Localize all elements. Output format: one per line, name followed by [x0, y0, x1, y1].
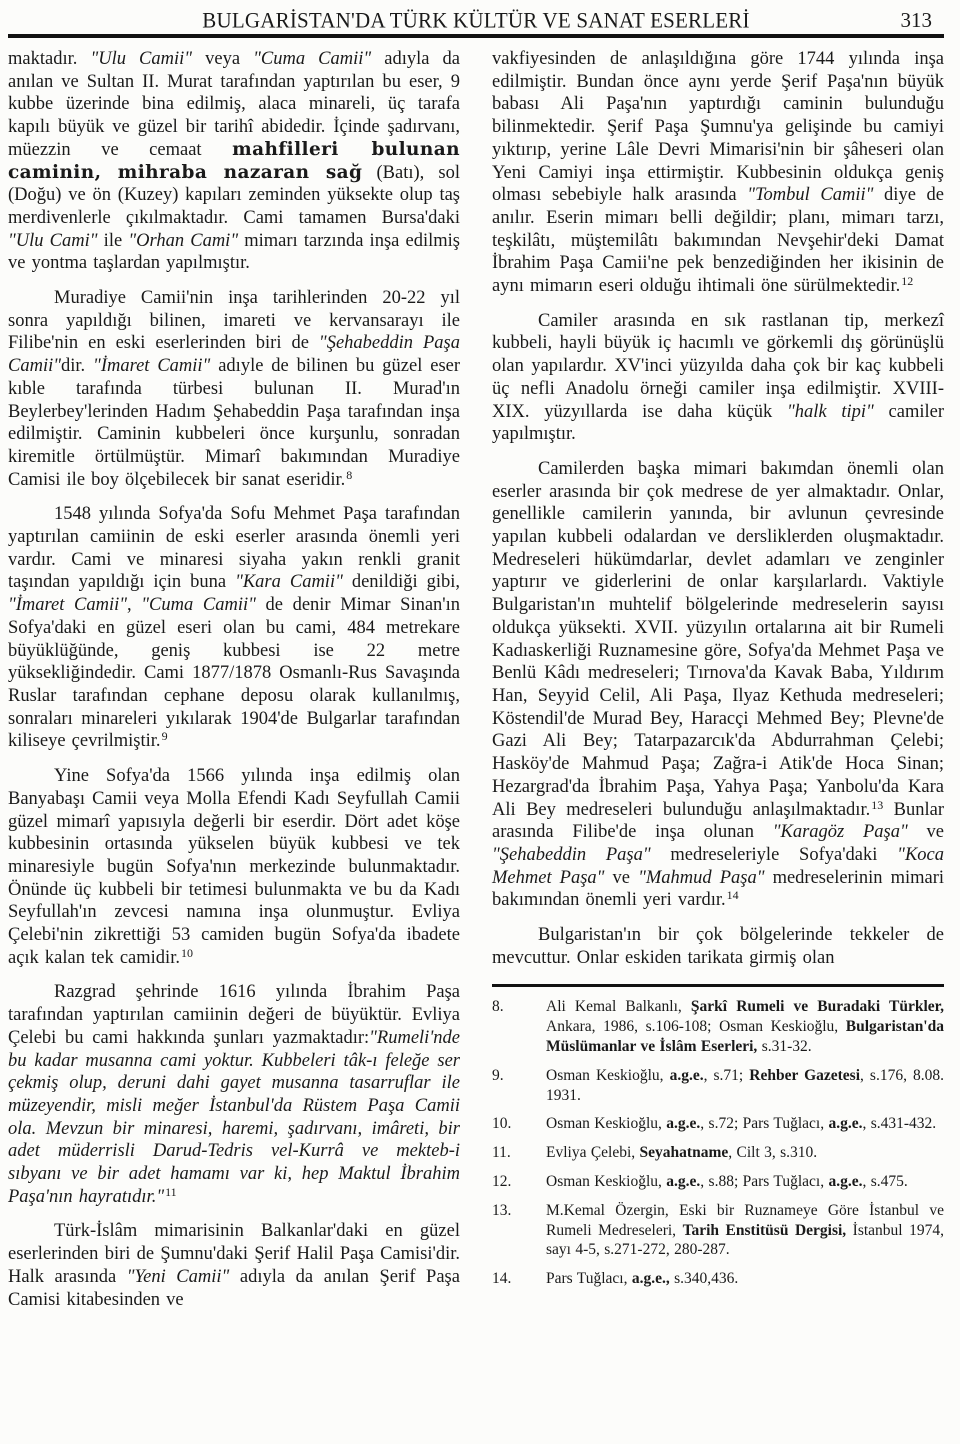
footnote: 14.Pars Tuğlacı, a.g.e., s.340,436.: [492, 1269, 944, 1289]
text-segment: vakfiyesinden de anlaşıldığına göre 1744…: [492, 49, 944, 205]
text-segment: a.g.e.: [670, 1067, 704, 1084]
text-segment: , s.88; Pars Tuğlacı,: [700, 1173, 828, 1190]
footnote-reference: 12: [901, 274, 913, 288]
footnotes-section: 8.Ali Kemal Balkanlı, Şarkî Rumeli ve Bu…: [492, 997, 944, 1289]
left-column: maktadır. "Ulu Camii" veya "Cuma Camii" …: [8, 48, 460, 1311]
footnote-number: 8.: [492, 997, 546, 1056]
text-segment: "Mahmud Paşa": [638, 868, 764, 888]
text-segment: Bulgaristan'ın bir çok bölgelerinde tekk…: [492, 925, 944, 968]
text-segment: , s.72; Pars Tuğlacı,: [700, 1115, 828, 1132]
text-segment: de denir Mimar Sinan'ın Sofya'daki en gü…: [8, 595, 460, 751]
paragraph: maktadır. "Ulu Camii" veya "Cuma Camii" …: [8, 48, 460, 275]
text-segment: , s.71;: [704, 1067, 750, 1084]
footnote-text: Evliya Çelebi, Seyahatname, Cilt 3, s.31…: [546, 1143, 944, 1163]
text-segment: s.340,436.: [670, 1270, 739, 1287]
two-column-body: maktadır. "Ulu Camii" veya "Cuma Camii" …: [8, 48, 944, 1311]
text-segment: ve: [908, 822, 944, 842]
text-segment: Camilerden başka mimari bakımdan önemli …: [492, 459, 944, 820]
footnote-number: 10.: [492, 1114, 546, 1134]
text-segment: , s.475.: [862, 1173, 907, 1190]
text-segment: a.g.e.: [666, 1115, 700, 1132]
footnote-number: 11.: [492, 1143, 546, 1163]
footnote-reference: 14: [727, 888, 739, 902]
text-segment: Osman Keskioğlu,: [546, 1067, 670, 1084]
footnote-reference: 11: [165, 1185, 177, 1199]
footnote: 9.Osman Keskioğlu, a.g.e., s.71; Rehber …: [492, 1066, 944, 1106]
text-segment: "Orhan Cami": [128, 231, 238, 251]
footnote-text: Pars Tuğlacı, a.g.e., s.340,436.: [546, 1269, 944, 1289]
text-segment: a.g.e.: [828, 1173, 862, 1190]
paragraph: Muradiye Camii'nin inşa tarihlerinden 20…: [8, 287, 460, 491]
text-segment: "Yeni Camii": [127, 1267, 230, 1287]
text-segment: ,: [127, 595, 141, 615]
text-segment: Osman Keskioğlu,: [546, 1173, 666, 1190]
text-segment: Pars Tuğlacı,: [546, 1270, 632, 1287]
text-segment: medreseleriyle Sofya'daki: [651, 845, 898, 865]
text-segment: adıyle de bilinen bu güzel eser kıble ta…: [8, 356, 460, 490]
text-segment: Ali Kemal Balkanlı,: [546, 998, 691, 1015]
text-segment: ve: [604, 868, 638, 888]
paragraph: Bulgaristan'ın bir çok bölgelerinde tekk…: [492, 924, 944, 969]
text-segment: Seyahatname: [640, 1144, 729, 1161]
text-segment: , s.431-432.: [862, 1115, 936, 1132]
text-segment: "Kara Camii": [235, 572, 343, 592]
text-segment: Yine Sofya'da 1566 yılında inşa edilmiş …: [8, 766, 460, 968]
text-segment: maktadır.: [8, 49, 90, 69]
footnote-rule: [492, 984, 944, 987]
footnote-text: M.Kemal Özergin, Eski bir Ruznameye Göre…: [546, 1201, 944, 1260]
text-segment: "Şehabeddin Paşa": [492, 845, 651, 865]
text-segment: Osman Keskioğlu,: [546, 1115, 666, 1132]
text-segment: Şarkî Rumeli ve Buradaki Türkler,: [691, 998, 944, 1015]
text-segment: Evliya Çelebi,: [546, 1144, 640, 1161]
text-segment: a.g.e.: [666, 1173, 700, 1190]
footnote-number: 9.: [492, 1066, 546, 1106]
text-segment: "Cuma Camii": [253, 49, 371, 69]
text-segment: Tarih Enstitüsü Dergisi,: [683, 1222, 847, 1239]
text-segment: Rehber Gazetesi: [749, 1067, 860, 1084]
footnote: 13.M.Kemal Özergin, Eski bir Ruznameye G…: [492, 1201, 944, 1260]
page-title: BULGARİSTAN'DA TÜRK KÜLTÜR VE SANAT ESER…: [8, 8, 944, 34]
footnote-reference: 10: [181, 946, 193, 960]
footnote-reference: 13: [871, 798, 883, 812]
footnote-reference: 8: [346, 468, 352, 482]
text-segment: "Ulu Cami": [8, 231, 98, 251]
right-column-text: vakfiyesinden de anlaşıldığına göre 1744…: [492, 48, 944, 969]
text-segment: "Rumeli'nde bu kadar musanna cami yoktur…: [8, 1028, 460, 1207]
text-segment: ile: [98, 231, 129, 251]
header-rule: [8, 34, 944, 38]
paragraph: vakfiyesinden de anlaşıldığına göre 1744…: [492, 48, 944, 298]
footnote-number: 12.: [492, 1172, 546, 1192]
footnote: 12.Osman Keskioğlu, a.g.e., s.88; Pars T…: [492, 1172, 944, 1192]
paragraph: Türk-İslâm mimarisinin Balkanlar'daki en…: [8, 1220, 460, 1311]
footnote-text: Osman Keskioğlu, a.g.e., s.72; Pars Tuğl…: [546, 1114, 944, 1134]
text-segment: dir.: [61, 356, 93, 376]
text-segment: , Cilt 3, s.310.: [728, 1144, 817, 1161]
footnote-text: Osman Keskioğlu, a.g.e., s.71; Rehber Ga…: [546, 1066, 944, 1106]
footnote: 11.Evliya Çelebi, Seyahatname, Cilt 3, s…: [492, 1143, 944, 1163]
text-segment: a.g.e.,: [632, 1270, 670, 1287]
text-segment: "Karagöz Paşa": [773, 822, 908, 842]
scanned-paper-page: BULGARİSTAN'DA TÜRK KÜLTÜR VE SANAT ESER…: [0, 0, 960, 1444]
text-segment: "İmaret Camii": [8, 595, 127, 615]
page-header: BULGARİSTAN'DA TÜRK KÜLTÜR VE SANAT ESER…: [8, 8, 944, 38]
paragraph: Camiler arasında en sık rastlanan tip, m…: [492, 310, 944, 446]
footnote-text: Osman Keskioğlu, a.g.e., s.88; Pars Tuğl…: [546, 1172, 944, 1192]
paragraph: Yine Sofya'da 1566 yılında inşa edilmiş …: [8, 765, 460, 969]
text-segment: "Tombul Camii": [747, 185, 873, 205]
text-segment: denildiği gibi,: [343, 572, 460, 592]
footnote-number: 14.: [492, 1269, 546, 1289]
text-segment: veya: [192, 49, 253, 69]
paragraph: Razgrad şehrinde 1616 yılında İbrahim Pa…: [8, 981, 460, 1208]
paragraph: Camilerden başka mimari bakımdan önemli …: [492, 458, 944, 912]
header-row: BULGARİSTAN'DA TÜRK KÜLTÜR VE SANAT ESER…: [8, 8, 944, 32]
text-segment: "halk tipi": [787, 402, 874, 422]
footnote-text: Ali Kemal Balkanlı, Şarkî Rumeli ve Bura…: [546, 997, 944, 1056]
text-segment: "İmaret Camii": [93, 356, 210, 376]
right-column: vakfiyesinden de anlaşıldığına göre 1744…: [492, 48, 944, 1311]
text-segment: "Ulu Camii": [90, 49, 192, 69]
text-segment: a.g.e.: [828, 1115, 862, 1132]
paragraph: 1548 yılında Sofya'da Sofu Mehmet Paşa t…: [8, 503, 460, 753]
footnote-reference: 9: [162, 729, 168, 743]
footnote: 10.Osman Keskioğlu, a.g.e., s.72; Pars T…: [492, 1114, 944, 1134]
footnote-number: 13.: [492, 1201, 546, 1260]
text-segment: s.31-32.: [757, 1038, 811, 1055]
page-number: 313: [901, 8, 933, 33]
footnote: 8.Ali Kemal Balkanlı, Şarkî Rumeli ve Bu…: [492, 997, 944, 1056]
text-segment: Ankara, 1986, s.106-108; Osman Keskioğlu…: [546, 1018, 846, 1035]
text-segment: "Cuma Camii": [141, 595, 256, 615]
